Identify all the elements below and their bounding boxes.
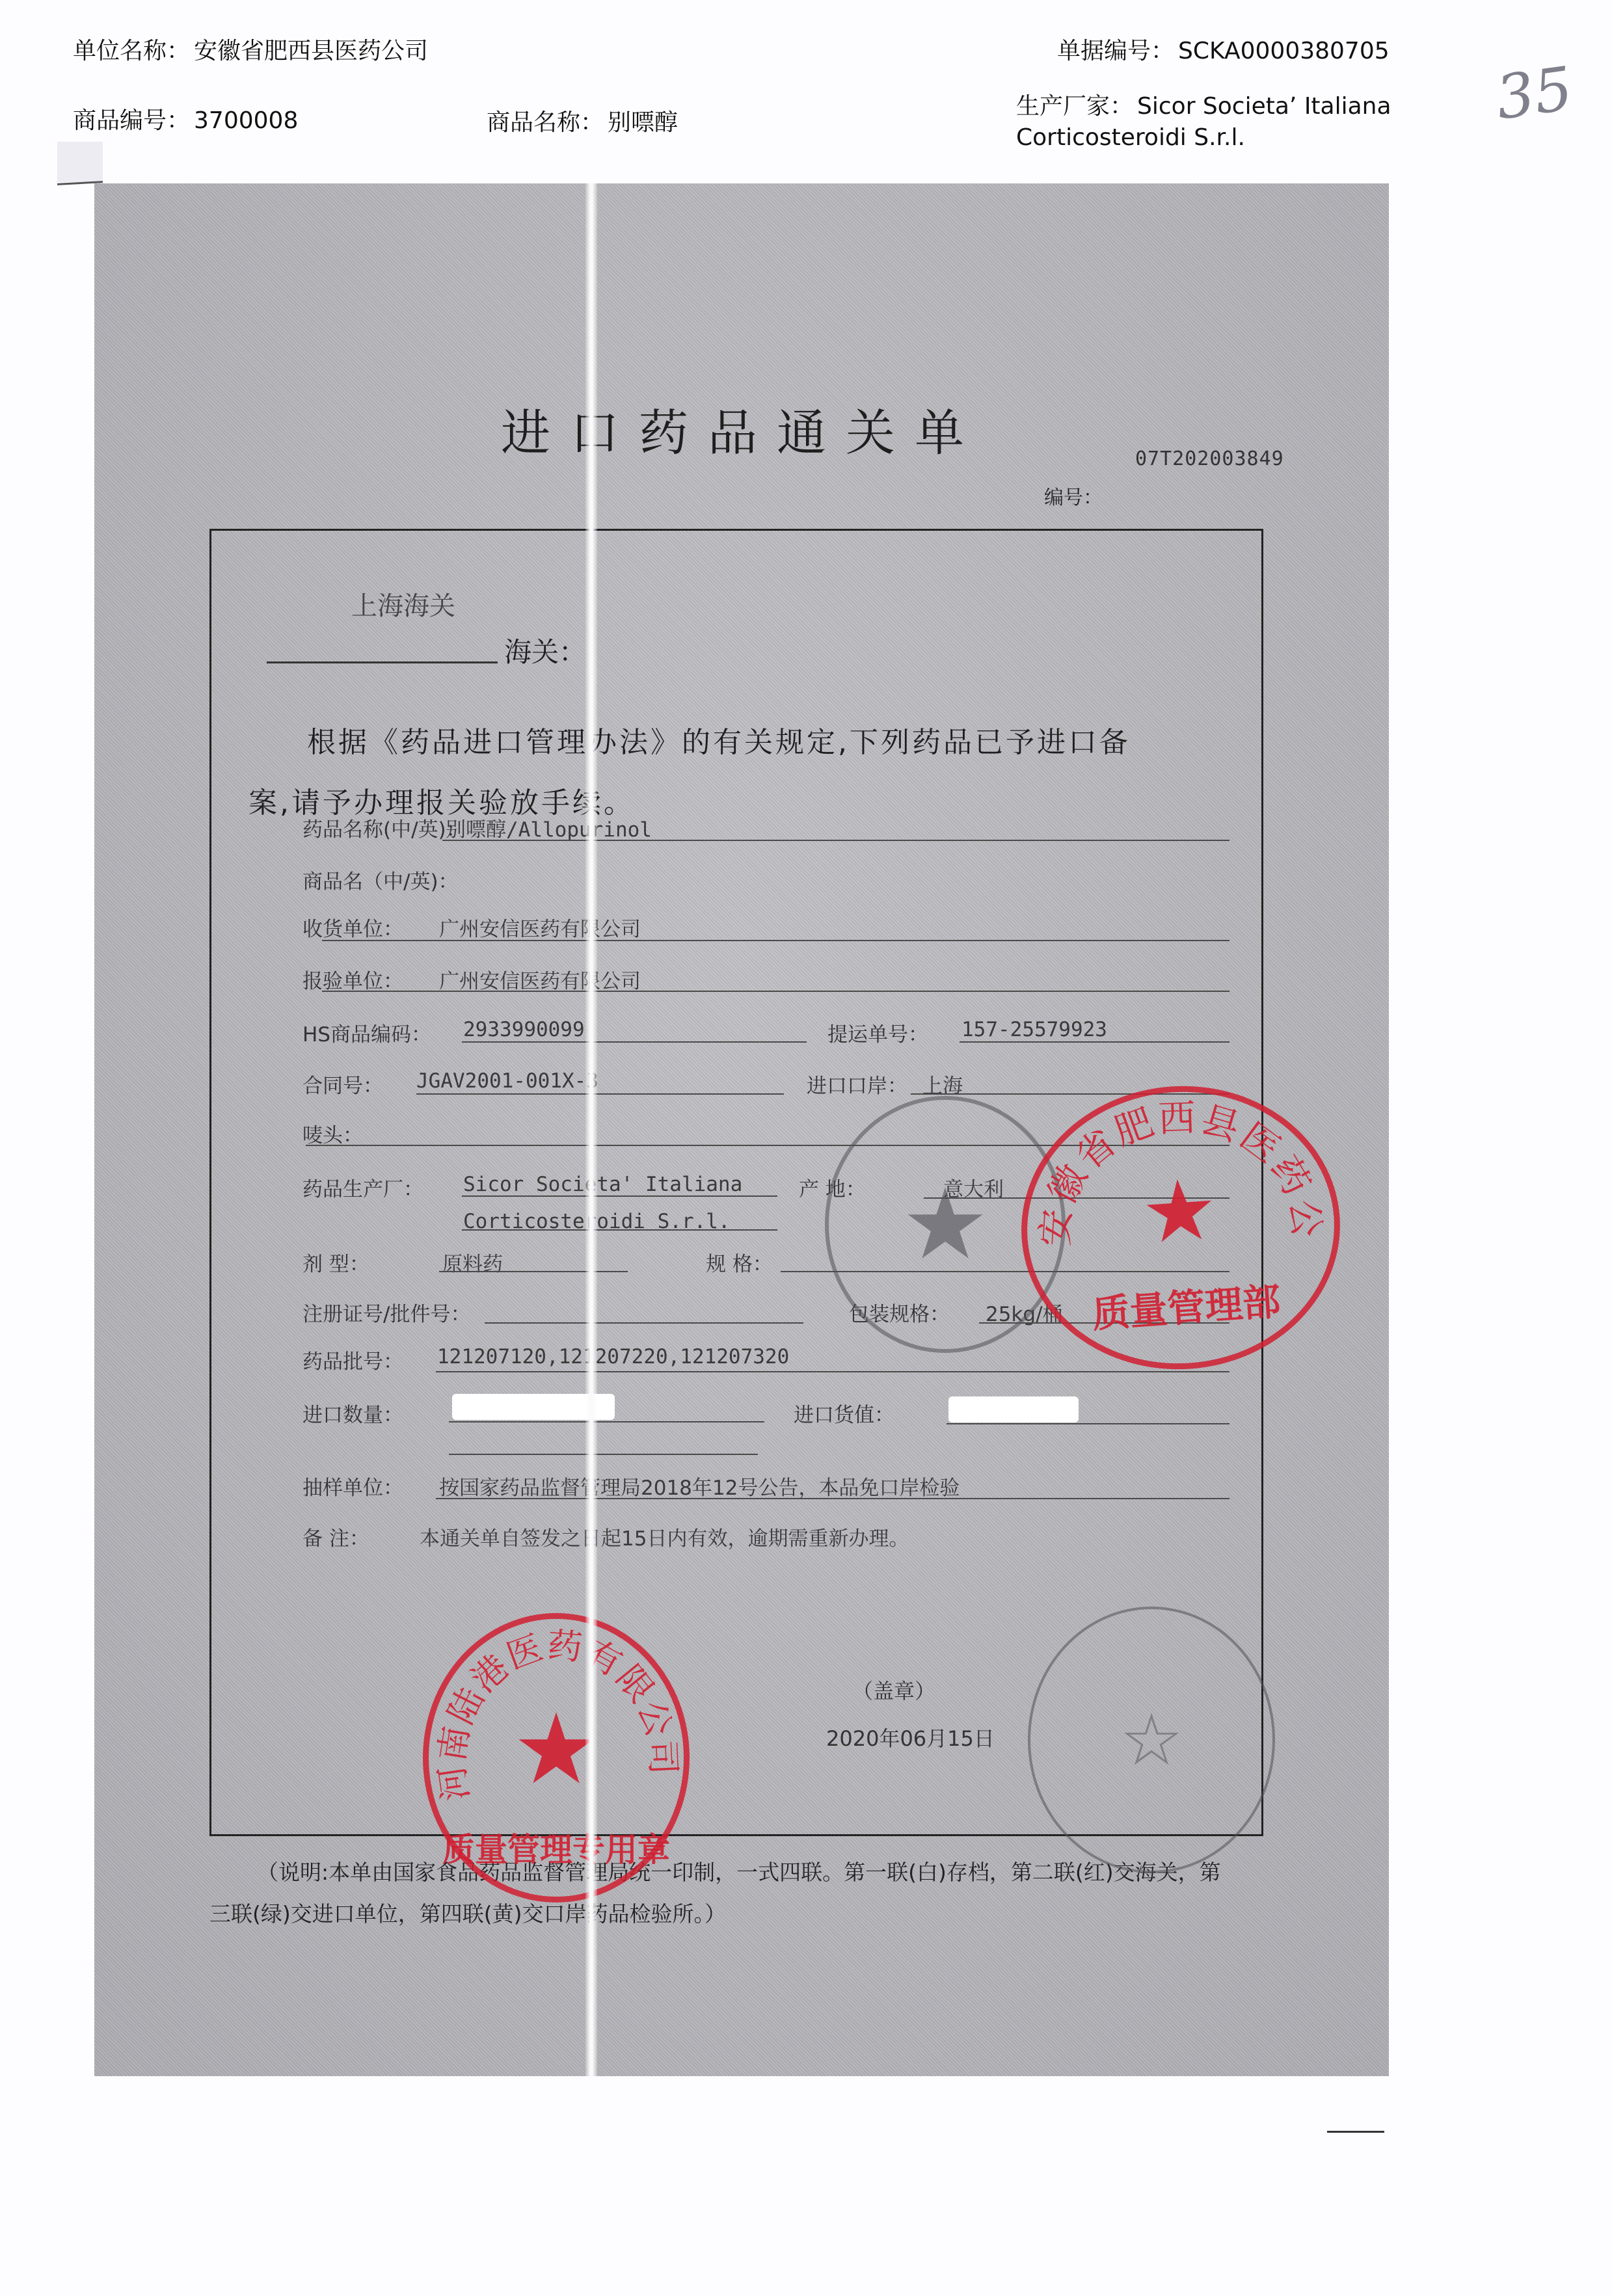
scan-fold-line — [585, 183, 597, 2076]
dosage-form-label: 剂 型： — [302, 1248, 369, 1277]
document-number-value: SCKA0000380705 — [1178, 38, 1390, 64]
bill-of-lading-underline — [960, 1041, 1229, 1043]
manufacturer-line1: Sicor Societa’ Italiana — [1137, 93, 1391, 120]
port-of-entry-label: 进口口岸： — [807, 1069, 907, 1099]
contract-no-label: 合同号： — [302, 1069, 383, 1099]
document-number-label: 单据编号： — [1057, 38, 1174, 64]
manufacturer-underline-2 — [462, 1229, 777, 1231]
star-icon: ★ — [1139, 1167, 1220, 1257]
hs-code-underline — [462, 1041, 807, 1043]
form-title: 进口药品通关单 — [501, 394, 984, 464]
red-stamp-bottom-bottom-text: 质量管理专用章 — [429, 1824, 684, 1871]
remarks-label: 备 注： — [302, 1522, 369, 1551]
manufacturer-field-value-1: Sicor Societa' Italiana — [463, 1173, 742, 1196]
unit-name-label: 单位名称： — [73, 38, 190, 64]
gray-customs-stamp: ☆ — [1028, 1607, 1275, 1873]
customs-label: 海关： — [504, 631, 586, 670]
handwritten-page-number: 35 — [1492, 53, 1577, 133]
batch-no-label: 药品批号： — [302, 1345, 403, 1374]
drug-name-label: 药品名称(中/英)： — [302, 813, 466, 842]
hs-code-label: HS商品编码： — [302, 1018, 431, 1047]
dosage-form-underline — [439, 1271, 628, 1272]
dosage-form-value: 原料药 — [442, 1248, 503, 1277]
import-quantity-label: 进口数量： — [302, 1398, 403, 1428]
manufacturer-header: 生产厂家：Sicor Societa’ Italiana Corticoster… — [1016, 91, 1391, 154]
star-icon: ☆ — [1120, 1704, 1184, 1776]
product-code-value: 3700008 — [194, 107, 298, 134]
intro-line-1: 根据《药品进口管理办法》的有关规定,下列药品已予进口备 — [307, 719, 1131, 760]
consignee-label: 收货单位： — [302, 913, 403, 942]
consignee-underline — [322, 940, 1229, 941]
footnote-line-2: 三联(绿)交进口单位，第四联(黄)交口岸药品检验所。） — [209, 1897, 726, 1928]
star-icon: ★ — [902, 1176, 989, 1274]
product-code-label: 商品编号： — [73, 107, 190, 134]
bill-of-lading-label: 提运单号： — [827, 1018, 928, 1047]
registration-no-underline — [485, 1322, 803, 1324]
manufacturer-line2: Corticosteroidi S.r.l. — [1016, 122, 1391, 154]
consignee-value: 广州安信医药有限公司 — [439, 913, 641, 942]
remarks-value: 本通关单自签发之日起15日内有效，逾期需重新办理。 — [420, 1522, 909, 1551]
product-name-label: 商品名称： — [487, 109, 604, 136]
unit-name: 单位名称：安徽省肥西县医药公司 — [73, 33, 428, 66]
bill-of-lading-value: 157-25579923 — [961, 1018, 1107, 1041]
customs-underline — [267, 661, 498, 663]
manufacturer-underline-1 — [462, 1195, 777, 1197]
hs-code-value: 2933990099 — [463, 1018, 585, 1041]
unit-name-value: 安徽省肥西县医药公司 — [194, 38, 428, 64]
red-quality-stamp-bottom: 河南陆港医药有限公司 ★ 质量管理专用章 — [423, 1613, 690, 1902]
batch-no-underline — [436, 1371, 1229, 1372]
drug-name-value: 别嘌醇/Allopurinol — [446, 813, 652, 842]
product-code: 商品编号：3700008 — [73, 102, 298, 135]
contract-no-value: JGAV2001-001X-3 — [416, 1069, 598, 1093]
specification-label: 规 格： — [706, 1248, 773, 1277]
paper-corner-tab — [57, 142, 103, 182]
contract-no-underline — [416, 1093, 784, 1095]
shipping-mark-label: 唛头： — [302, 1119, 363, 1148]
sampling-unit-underline — [436, 1498, 1229, 1499]
inspection-applicant-underline — [322, 991, 1229, 992]
serial-number: 07T202003849 — [1135, 447, 1284, 470]
customs-office-name: 上海海关 — [351, 585, 455, 622]
registration-no-label: 注册证号/批件号： — [302, 1298, 470, 1327]
manufacturer-field-label: 药品生产厂： — [302, 1173, 423, 1202]
seal-label: （盖章） — [852, 1675, 935, 1705]
import-value-redaction — [948, 1396, 1079, 1422]
red-quality-stamp-top: 安徽省肥西县医药公司 ★ 质量管理部 — [1012, 1075, 1349, 1380]
footnote-line-1: （说明:本单由国家食品药品监督管理局统一印制，一式四联。第一联(白)存档，第二联… — [257, 1856, 1221, 1886]
inspection-applicant-label: 报验单位： — [302, 965, 403, 994]
import-quantity-underline — [449, 1421, 764, 1422]
product-name-value: 别嘌醇 — [608, 109, 678, 136]
inspection-applicant-value: 广州安信医药有限公司 — [439, 965, 641, 994]
drug-name-underline — [442, 840, 1229, 841]
sampling-unit-value: 按国家药品监督管理局2018年12号公告，本品免口岸检验 — [439, 1471, 960, 1501]
manufacturer-label: 生产厂家： — [1016, 93, 1133, 120]
import-value-underline — [947, 1423, 1229, 1424]
import-value-label: 进口货值： — [794, 1398, 894, 1428]
sampling-unit-label: 抽样单位： — [302, 1471, 403, 1501]
serial-number-label: 编号： — [1044, 481, 1103, 510]
batch-no-value: 121207120,121207220,121207320 — [437, 1345, 789, 1368]
document-number: 单据编号：SCKA0000380705 — [1057, 33, 1390, 66]
trade-name-label: 商品名（中/英)： — [302, 865, 459, 894]
extra-underline — [449, 1454, 758, 1455]
bottom-dash-mark — [1327, 2131, 1384, 2133]
product-name: 商品名称：别嘌醇 — [487, 104, 678, 137]
issue-date: 2020年06月15日 — [826, 1722, 995, 1752]
